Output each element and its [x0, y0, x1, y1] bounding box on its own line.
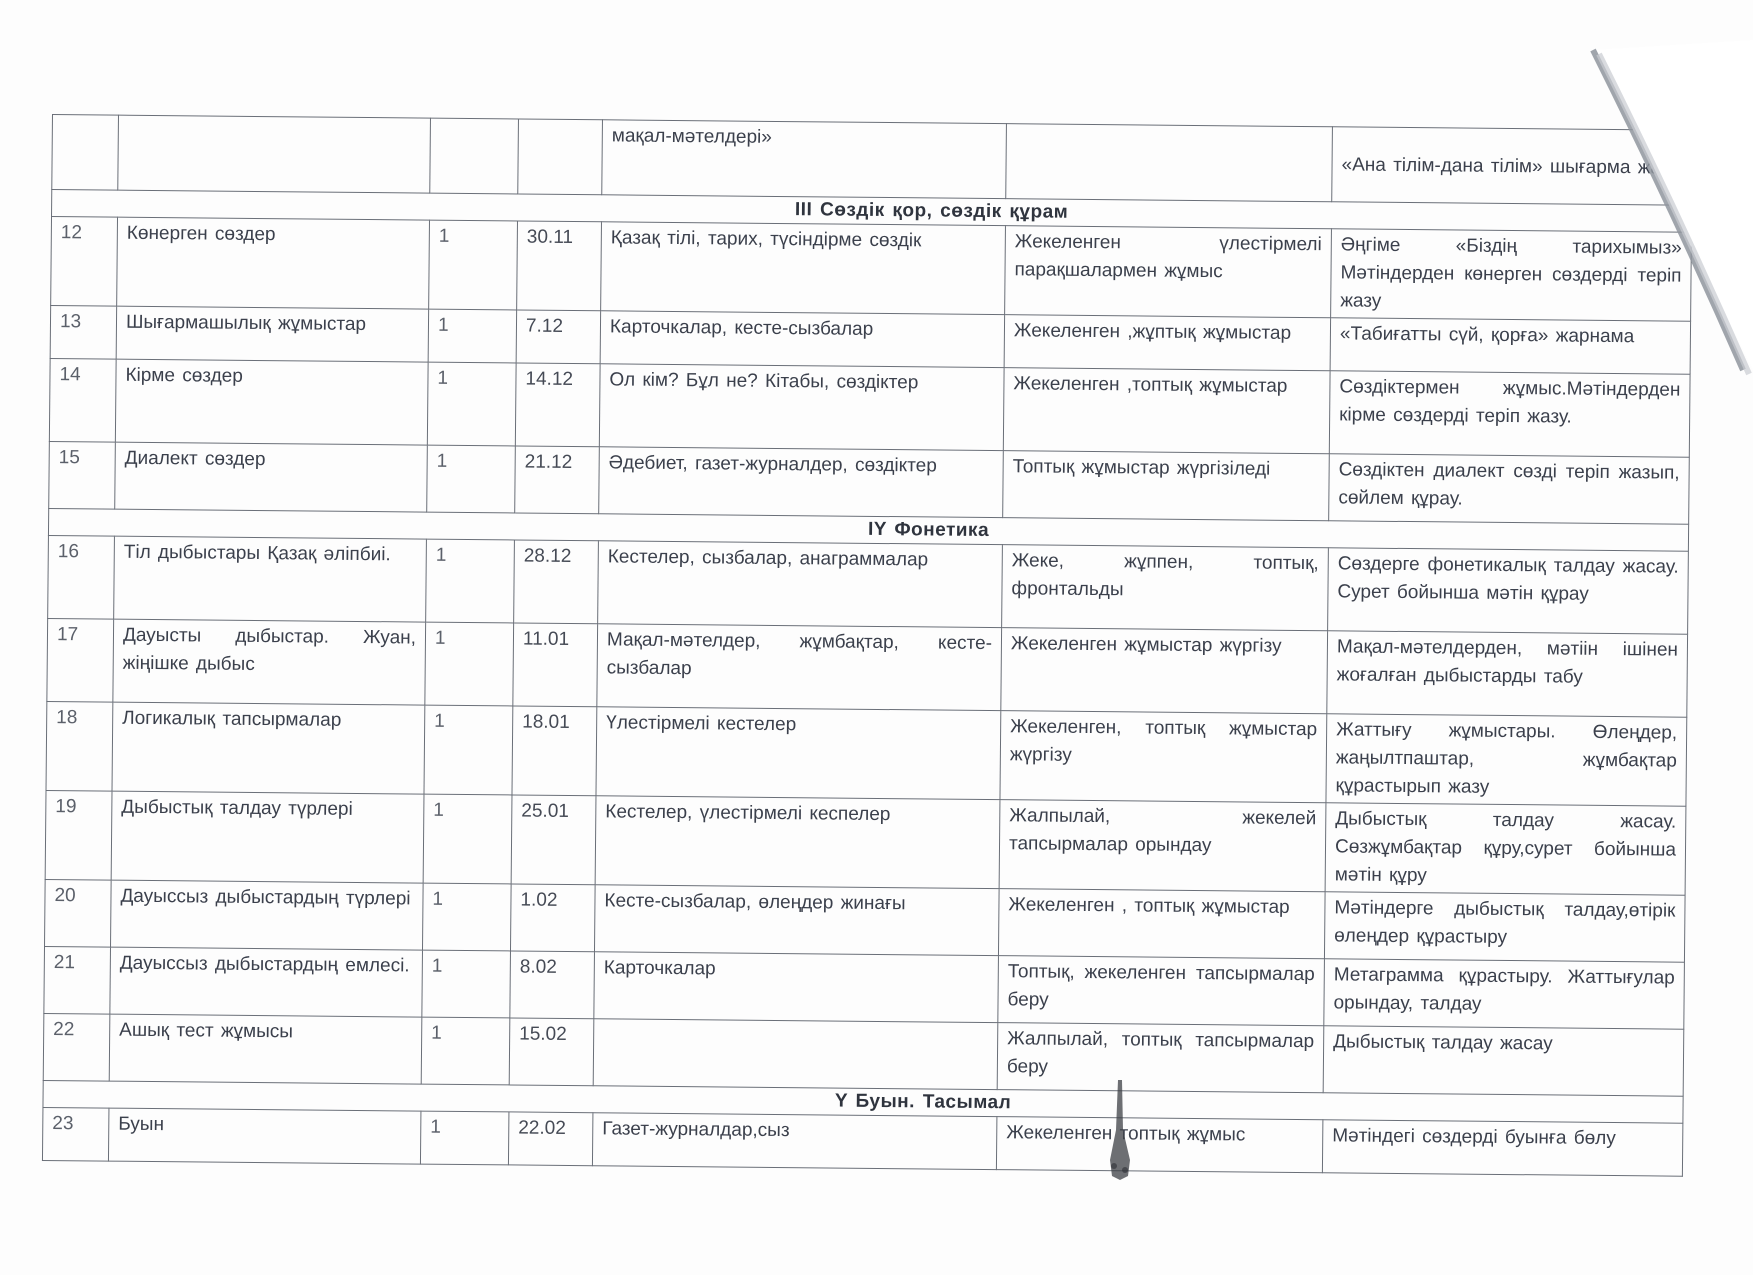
cell-resources: Кесте-сызбалар, өлеңдер жинағы — [594, 885, 999, 956]
cell-hours: 1 — [422, 883, 511, 951]
lesson-row: 12Көнерген сөздер130.11Қазақ тілі, тарих… — [51, 217, 1692, 322]
cell-form — [1006, 124, 1333, 202]
lesson-plan-body: мақал-мәтелдері» «Ана тілім-дана тілім» … — [42, 115, 1692, 1177]
cell-form: Жекеленген, топтық жұмыстар жүргізу — [1000, 711, 1327, 803]
cell-hours: 1 — [424, 705, 513, 795]
cell-date: 28.12 — [514, 540, 599, 624]
cell-hours: 1 — [421, 1017, 510, 1085]
cell-task: Дыбыстық талдау жасау — [1323, 1026, 1684, 1096]
cell-number: 17 — [47, 618, 114, 702]
cell-form: Топтық, жекеленген тапсырмалар беру — [998, 956, 1325, 1026]
cell-topic: Дауысты дыбыстар. Жуан, жіңішке дыбыс — [113, 619, 426, 705]
cell-date: 8.02 — [510, 951, 595, 1019]
cell-topic: Буын — [108, 1108, 420, 1164]
section-title: IY Фонетика — [748, 516, 989, 544]
cell-topic: Кірме сөздер — [115, 359, 428, 445]
cell-topic: Логикалық тапсырмалар — [112, 702, 425, 794]
cell-resources: Үлестірмелі кестелер — [596, 707, 1001, 800]
cell-task: Дыбыстық талдау жасау. Сөзжұмбақтар құру… — [1325, 803, 1686, 895]
cell-number: 16 — [48, 535, 115, 619]
lesson-row: 16Тіл дыбыстары Қазақ әліпбиі.128.12Кест… — [48, 535, 1689, 634]
cell-hours: 1 — [422, 950, 511, 1018]
cell-hours: 1 — [425, 622, 514, 706]
cell-form: Жалпылай, топтық тапсырмалар беру — [997, 1023, 1324, 1093]
cell-resources — [593, 1019, 998, 1090]
cell-date: 21.12 — [515, 446, 600, 514]
cell-topic: Шығармашылық жұмыстар — [116, 306, 428, 362]
cell-resources: Карточкалар — [594, 952, 999, 1023]
cell-resources: Қазақ тілі, тарих, түсіндірме сөздік — [601, 222, 1006, 315]
cell-resources: Кестелер, сызбалар, анаграммалар — [598, 541, 1003, 628]
cell-number: 15 — [49, 441, 116, 509]
cell-hours: 1 — [427, 362, 516, 446]
cell-resources: Әдебиет, газет-журналдер, сөздіктер — [599, 447, 1004, 518]
section-title: III Сөздік қор, сөздік құрам — [675, 196, 1069, 226]
cell-task: Жаттығу жұмыстары. Өлеңдер, жаңылтпаштар… — [1326, 714, 1687, 806]
cell-topic: Дауыссыз дыбыстардың түрлері — [111, 880, 424, 950]
cell-date: 7.12 — [516, 310, 601, 364]
cell-topic — [118, 115, 431, 193]
cell-topic: Дауыссыз дыбыстардың емлесі. — [110, 947, 423, 1017]
cell-form: Жекеленген жұмыстар жүргізу — [1001, 628, 1328, 714]
cell-hours: 1 — [423, 794, 512, 884]
cell-date: 15.02 — [509, 1018, 594, 1086]
lesson-row: 14Кірме сөздер114.12Ол кім? Бұл не? Кіта… — [49, 358, 1690, 457]
cell-task: Сөздіктермен жұмыс.Мәтіндерден кірме сөз… — [1329, 371, 1690, 457]
cell-form: Жекеленген топтық жұмыс — [996, 1117, 1322, 1173]
cell-date: 30.11 — [517, 221, 602, 311]
cell-resources: Кестелер, үлестірмелі кеспелер — [595, 796, 1000, 889]
cell-task: Сөздерге фонетикалық талдау жасау. Сурет… — [1328, 548, 1689, 634]
cell-number: 19 — [45, 790, 112, 880]
cell-date: 18.01 — [512, 706, 597, 796]
cell-topic: Көнерген сөздер — [117, 217, 430, 309]
cell-topic: Диалект сөздер — [115, 442, 428, 512]
cell-form: Жекеленген ,топтық жұмыстар — [1003, 368, 1330, 454]
cell-hours: 1 — [427, 445, 516, 513]
cell-task: Мақал-мәтелдерден, мәтіін ішінен жоғалға… — [1327, 631, 1688, 717]
cell-resources: Мақал-мәтелдер, жұмбақтар, кесте-сызбала… — [597, 624, 1002, 711]
cell-number: 22 — [43, 1013, 110, 1081]
cell-resources: Ол кім? Бұл не? Кітабы, сөздіктер — [599, 364, 1004, 451]
cell-form: Жалпылай, жекелей тапсырмалар орындау — [999, 800, 1326, 892]
cell-resources: Карточкалар, кесте-сызбалар — [600, 311, 1004, 368]
lesson-row: 18Логикалық тапсырмалар118.01Үлестірмелі… — [46, 701, 1687, 806]
section-title: Y Буын. Тасымал — [715, 1087, 1012, 1116]
cell-number: 18 — [46, 701, 113, 791]
cell-number: 21 — [44, 946, 111, 1014]
cell-hours — [430, 118, 519, 194]
lesson-plan-sheet: мақал-мәтелдері» «Ана тілім-дана тілім» … — [42, 114, 1692, 1177]
cell-resources: мақал-мәтелдері» — [602, 120, 1007, 199]
cell-hours: 1 — [426, 539, 515, 623]
cell-form: Жекеленген , топтық жұмыстар — [998, 889, 1325, 959]
cell-date — [518, 119, 603, 195]
lesson-row: 17Дауысты дыбыстар. Жуан, жіңішке дыбыс1… — [47, 618, 1688, 717]
cell-number — [52, 115, 119, 191]
cell-number: 12 — [51, 217, 118, 307]
cell-task: «Табиғатты сүй, қорға» жарнама — [1330, 318, 1690, 374]
cell-number: 13 — [50, 305, 117, 359]
cell-number: 14 — [49, 358, 116, 442]
cell-task: Мәтіндерге дыбыстық талдау,өтірік өлеңде… — [1324, 892, 1685, 962]
cell-date: 22.02 — [508, 1112, 593, 1166]
cell-date: 14.12 — [515, 363, 600, 447]
cell-task: «Ана тілім-дана тілім» шығарма жазу — [1332, 127, 1693, 205]
cell-number: 20 — [45, 879, 112, 947]
cell-hours: 1 — [420, 1111, 509, 1165]
cell-hours: 1 — [429, 220, 518, 310]
cell-form: Жекеленген үлестірмелі парақшалармен жұм… — [1005, 226, 1332, 318]
cell-topic: Дыбыстық талдау түрлері — [111, 791, 424, 883]
lesson-plan-table: мақал-мәтелдері» «Ана тілім-дана тілім» … — [42, 114, 1693, 1177]
cell-date: 1.02 — [510, 884, 595, 952]
cell-date: 11.01 — [513, 623, 598, 707]
cell-resources: Газет-журналдар,сыз — [592, 1113, 996, 1170]
cell-task: Әңгіме «Біздің тарихымыз» Мәтіндерден кө… — [1331, 229, 1692, 321]
cell-number: 23 — [42, 1107, 109, 1161]
cell-task: Метаграмма құрастыру. Жаттығулар орындау… — [1324, 959, 1685, 1029]
cell-topic: Ашық тест жұмысы — [109, 1014, 422, 1084]
cell-form: Жеке, жұппен, топтық, фронтальды — [1002, 545, 1329, 631]
cell-form: Топтық жұмыстар жүргізіледі — [1003, 451, 1330, 521]
lesson-row: 19Дыбыстық талдау түрлері125.01Кестелер,… — [45, 790, 1686, 895]
cell-task: Сөздіктен диалект сөзді теріп жазып, сөй… — [1329, 454, 1690, 524]
cell-task: Мәтіндегі сөздерді буынға бөлу — [1322, 1120, 1682, 1176]
scanned-page: мақал-мәтелдері» «Ана тілім-дана тілім» … — [0, 0, 1753, 1275]
cell-hours: 1 — [428, 309, 517, 363]
cell-form: Жекеленген ,жұптық жұмыстар — [1004, 315, 1330, 371]
cell-topic: Тіл дыбыстары Қазақ әліпбиі. — [114, 536, 427, 622]
cell-date: 25.01 — [511, 795, 596, 885]
